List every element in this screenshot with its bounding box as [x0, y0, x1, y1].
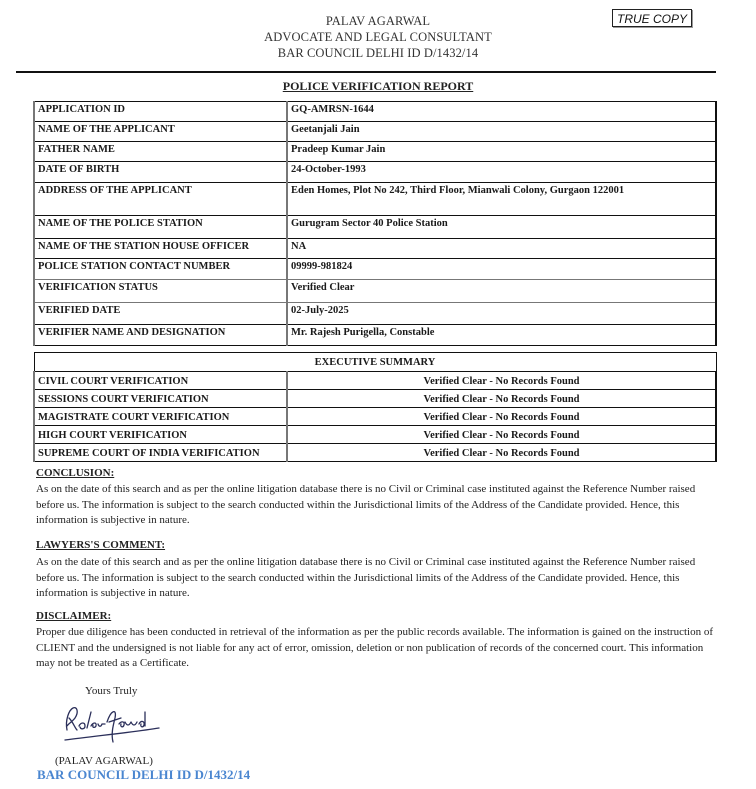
info-label: NAME OF THE APPLICANT — [34, 122, 287, 142]
summary-row: SUPREME COURT OF INDIA VERIFICATIONVerif… — [34, 444, 716, 462]
summary-heading-row: EXECUTIVE SUMMARY — [34, 353, 716, 372]
info-value: Geetanjali Jain — [287, 122, 716, 142]
signatory-name: (PALAV AGARWAL) — [55, 755, 153, 767]
summary-row: CIVIL COURT VERIFICATIONVerified Clear -… — [34, 372, 716, 390]
header-divider — [16, 71, 716, 73]
lawyers-comment-text: As on the date of this search and as per… — [36, 555, 716, 602]
conclusion-text: As on the date of this search and as per… — [36, 482, 716, 529]
info-value: 02-July-2025 — [287, 303, 716, 325]
disclaimer-text: Proper due diligence has been conducted … — [36, 625, 716, 672]
info-value: 09999-981824 — [287, 259, 716, 280]
info-value: Pradeep Kumar Jain — [287, 142, 716, 162]
summary-label: MAGISTRATE COURT VERIFICATION — [34, 408, 287, 426]
summary-value: Verified Clear - No Records Found — [287, 444, 716, 462]
info-label: NAME OF THE STATION HOUSE OFFICER — [34, 239, 287, 259]
info-label: APPLICATION ID — [34, 102, 287, 122]
conclusion-heading: CONCLUSION: — [36, 467, 114, 479]
info-row: ADDRESS OF THE APPLICANTEden Homes, Plot… — [34, 183, 716, 216]
info-row: NAME OF THE APPLICANTGeetanjali Jain — [34, 122, 716, 142]
summary-label: SUPREME COURT OF INDIA VERIFICATION — [34, 444, 287, 462]
info-row: NAME OF THE STATION HOUSE OFFICERNA — [34, 239, 716, 259]
summary-row: SESSIONS COURT VERIFICATIONVerified Clea… — [34, 390, 716, 408]
summary-value: Verified Clear - No Records Found — [287, 390, 716, 408]
report-title: POLICE VERIFICATION REPORT — [0, 79, 756, 94]
info-row: APPLICATION IDGQ-AMRSN-1644 — [34, 102, 716, 122]
info-value: 24-October-1993 — [287, 162, 716, 183]
info-row: NAME OF THE POLICE STATIONGurugram Secto… — [34, 216, 716, 239]
summary-value: Verified Clear - No Records Found — [287, 426, 716, 444]
info-row: VERIFIER NAME AND DESIGNATIONMr. Rajesh … — [34, 325, 716, 346]
summary-row: HIGH COURT VERIFICATIONVerified Clear - … — [34, 426, 716, 444]
summary-label: HIGH COURT VERIFICATION — [34, 426, 287, 444]
info-label: POLICE STATION CONTACT NUMBER — [34, 259, 287, 280]
info-label: DATE OF BIRTH — [34, 162, 287, 183]
info-value: Mr. Rajesh Purigella, Constable — [287, 325, 716, 346]
summary-row: MAGISTRATE COURT VERIFICATIONVerified Cl… — [34, 408, 716, 426]
signature-icon — [55, 700, 165, 752]
info-row: POLICE STATION CONTACT NUMBER09999-98182… — [34, 259, 716, 280]
info-label: ADDRESS OF THE APPLICANT — [34, 183, 287, 216]
info-value: Verified Clear — [287, 280, 716, 303]
applicant-info-table: APPLICATION IDGQ-AMRSN-1644NAME OF THE A… — [33, 101, 717, 346]
info-value: GQ-AMRSN-1644 — [287, 102, 716, 122]
advocate-bar-id: BAR COUNCIL DELHI ID D/1432/14 — [0, 46, 756, 61]
info-row: VERIFICATION STATUSVerified Clear — [34, 280, 716, 303]
disclaimer-heading: DISCLAIMER: — [36, 610, 111, 622]
info-row: FATHER NAMEPradeep Kumar Jain — [34, 142, 716, 162]
info-row: VERIFIED DATE02-July-2025 — [34, 303, 716, 325]
info-label: VERIFIER NAME AND DESIGNATION — [34, 325, 287, 346]
summary-value: Verified Clear - No Records Found — [287, 408, 716, 426]
summary-label: SESSIONS COURT VERIFICATION — [34, 390, 287, 408]
info-label: VERIFIED DATE — [34, 303, 287, 325]
info-label: VERIFICATION STATUS — [34, 280, 287, 303]
advocate-designation: ADVOCATE AND LEGAL CONSULTANT — [0, 30, 756, 45]
info-label: FATHER NAME — [34, 142, 287, 162]
info-row: DATE OF BIRTH24-October-1993 — [34, 162, 716, 183]
info-value: NA — [287, 239, 716, 259]
closing-text: Yours Truly — [85, 685, 137, 697]
info-value: Gurugram Sector 40 Police Station — [287, 216, 716, 239]
summary-label: CIVIL COURT VERIFICATION — [34, 372, 287, 390]
info-value: Eden Homes, Plot No 242, Third Floor, Mi… — [287, 183, 716, 216]
executive-summary-table: EXECUTIVE SUMMARY CIVIL COURT VERIFICATI… — [33, 352, 717, 462]
signatory-bar-id: BAR COUNCIL DELHI ID D/1432/14 — [37, 767, 250, 783]
summary-heading: EXECUTIVE SUMMARY — [34, 353, 716, 372]
summary-value: Verified Clear - No Records Found — [287, 372, 716, 390]
lawyers-comment-heading: LAWYERS'S COMMENT: — [36, 539, 165, 551]
true-copy-stamp: TRUE COPY — [612, 9, 692, 27]
info-label: NAME OF THE POLICE STATION — [34, 216, 287, 239]
